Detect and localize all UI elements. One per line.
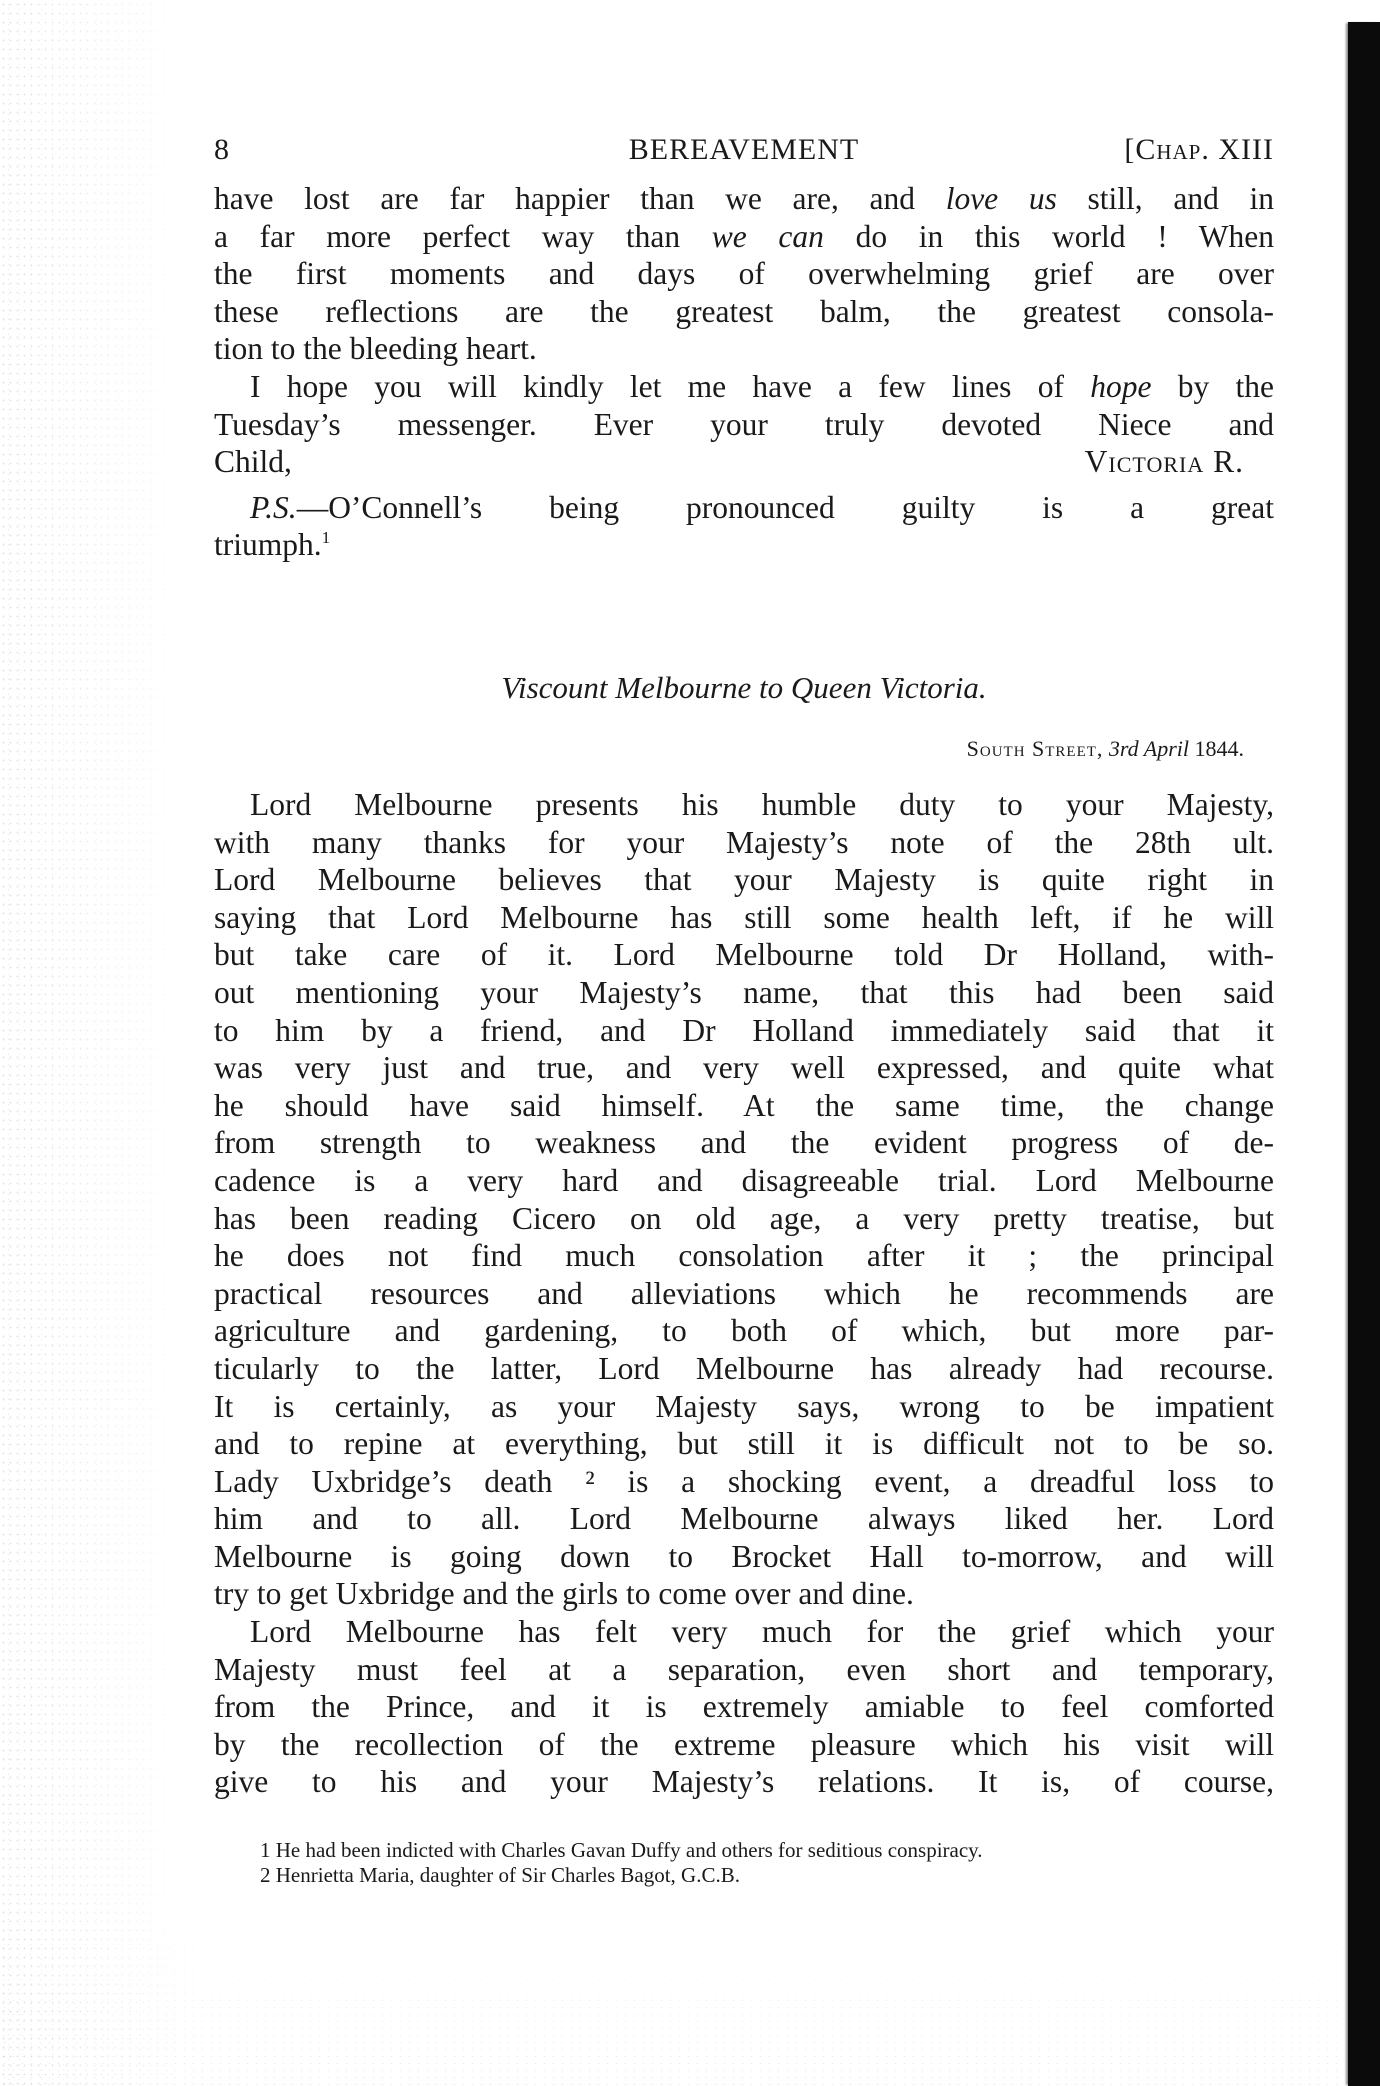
text-line: from strength to weakness and the eviden… bbox=[214, 1124, 1274, 1162]
postscript: P.S.—O’Connell’s being pronounced guilty… bbox=[214, 489, 1274, 564]
dateline: South Street, 3rd April 1844. bbox=[967, 736, 1244, 762]
dateline-place: South Street, bbox=[967, 736, 1104, 761]
letter1-paragraph2: I hope you will kindly let me have a few… bbox=[214, 368, 1274, 443]
text-line: him and to all. Lord Melbourne always li… bbox=[214, 1500, 1274, 1538]
letter2-body: Lord Melbourne presents his humble duty … bbox=[214, 786, 1274, 1801]
text-line: has been reading Cicero on old age, a ve… bbox=[214, 1200, 1274, 1238]
text-line: agriculture and gardening, to both of wh… bbox=[214, 1312, 1274, 1350]
text-line: I hope you will kindly let me have a few… bbox=[214, 368, 1274, 406]
text-line: these reflections are the greatest balm,… bbox=[214, 293, 1274, 331]
text-line: and to repine at everything, but still i… bbox=[214, 1425, 1274, 1463]
text-line: Lord Melbourne has felt very much for th… bbox=[214, 1613, 1274, 1651]
letter2-paragraph2: Lord Melbourne has felt very much for th… bbox=[214, 1613, 1274, 1801]
text-line: It is certainly, as your Majesty says, w… bbox=[214, 1388, 1274, 1426]
text-line: Lord Melbourne believes that your Majest… bbox=[214, 861, 1274, 899]
text-line: Tuesday’s messenger. Ever your truly dev… bbox=[214, 406, 1274, 444]
text-line: Majesty must feel at a separation, even … bbox=[214, 1651, 1274, 1689]
footnotes: 1 He had been indicted with Charles Gava… bbox=[260, 1838, 1280, 1888]
text-line: tion to the bleeding heart. bbox=[214, 330, 1274, 368]
footnote-2: 2 Henrietta Maria, daughter of Sir Charl… bbox=[260, 1863, 1280, 1888]
text-line: to him by a friend, and Dr Holland immed… bbox=[214, 1012, 1274, 1050]
closing-word: Child, bbox=[214, 443, 292, 481]
text-line: the first moments and days of overwhelmi… bbox=[214, 255, 1274, 293]
scan-noise-left bbox=[0, 0, 200, 2086]
chapter-label: [Chap. XIII bbox=[1124, 130, 1274, 170]
text-line: he should have said himself. At the same… bbox=[214, 1087, 1274, 1125]
text-line: a far more perfect way than we can do in… bbox=[214, 218, 1274, 256]
text-line: cadence is a very hard and disagreeable … bbox=[214, 1162, 1274, 1200]
text-line: by the recollection of the extreme pleas… bbox=[214, 1726, 1274, 1764]
letter-heading: Viscount Melbourne to Queen Victoria. bbox=[214, 670, 1274, 706]
text-line: Lady Uxbridge’s death ² is a shocking ev… bbox=[214, 1463, 1274, 1501]
running-title: BEREAVEMENT bbox=[214, 130, 1274, 170]
text-line: Lord Melbourne presents his humble duty … bbox=[214, 786, 1274, 824]
text-line: try to get Uxbridge and the girls to com… bbox=[214, 1575, 1274, 1613]
text-line: from the Prince, and it is extremely ami… bbox=[214, 1688, 1274, 1726]
dateline-date: 3rd April bbox=[1109, 736, 1189, 761]
text-line: but take care of it. Lord Melbourne told… bbox=[214, 936, 1274, 974]
text-line: saying that Lord Melbourne has still som… bbox=[214, 899, 1274, 937]
text-line: give to his and your Majesty’s relations… bbox=[214, 1763, 1274, 1801]
letter2-paragraph1: Lord Melbourne presents his humble duty … bbox=[214, 786, 1274, 1613]
postscript-line-1: P.S.—O’Connell’s being pronounced guilty… bbox=[214, 489, 1274, 527]
text-line: have lost are far happier than we are, a… bbox=[214, 180, 1274, 218]
text-line: practical resources and alleviations whi… bbox=[214, 1275, 1274, 1313]
text-line: was very just and true, and very well ex… bbox=[214, 1049, 1274, 1087]
text-line: with many thanks for your Majesty’s note… bbox=[214, 824, 1274, 862]
closing-row: Child, Victoria R. bbox=[214, 443, 1274, 481]
letter1-paragraph1: have lost are far happier than we are, a… bbox=[214, 180, 1274, 368]
postscript-line-2: triumph.1 bbox=[214, 526, 1274, 564]
letter1-continuation: have lost are far happier than we are, a… bbox=[214, 180, 1274, 564]
ps-label: P.S. bbox=[250, 490, 297, 525]
signature: Victoria R. bbox=[1085, 443, 1244, 481]
text-line: out mentioning your Majesty’s name, that… bbox=[214, 974, 1274, 1012]
footnote-1: 1 He had been indicted with Charles Gava… bbox=[260, 1838, 1280, 1863]
running-head: 8 BEREAVEMENT [Chap. XIII bbox=[214, 130, 1274, 170]
text-line: ticularly to the latter, Lord Melbourne … bbox=[214, 1350, 1274, 1388]
dateline-year: 1844. bbox=[1195, 736, 1245, 761]
scan-page-edge bbox=[1348, 22, 1380, 2086]
text-line: Melbourne is going down to Brocket Hall … bbox=[214, 1538, 1274, 1576]
text-line: he does not find much consolation after … bbox=[214, 1237, 1274, 1275]
scan-noise-bottom bbox=[0, 1906, 1340, 2086]
footnote-ref-1[interactable]: 1 bbox=[322, 528, 331, 547]
